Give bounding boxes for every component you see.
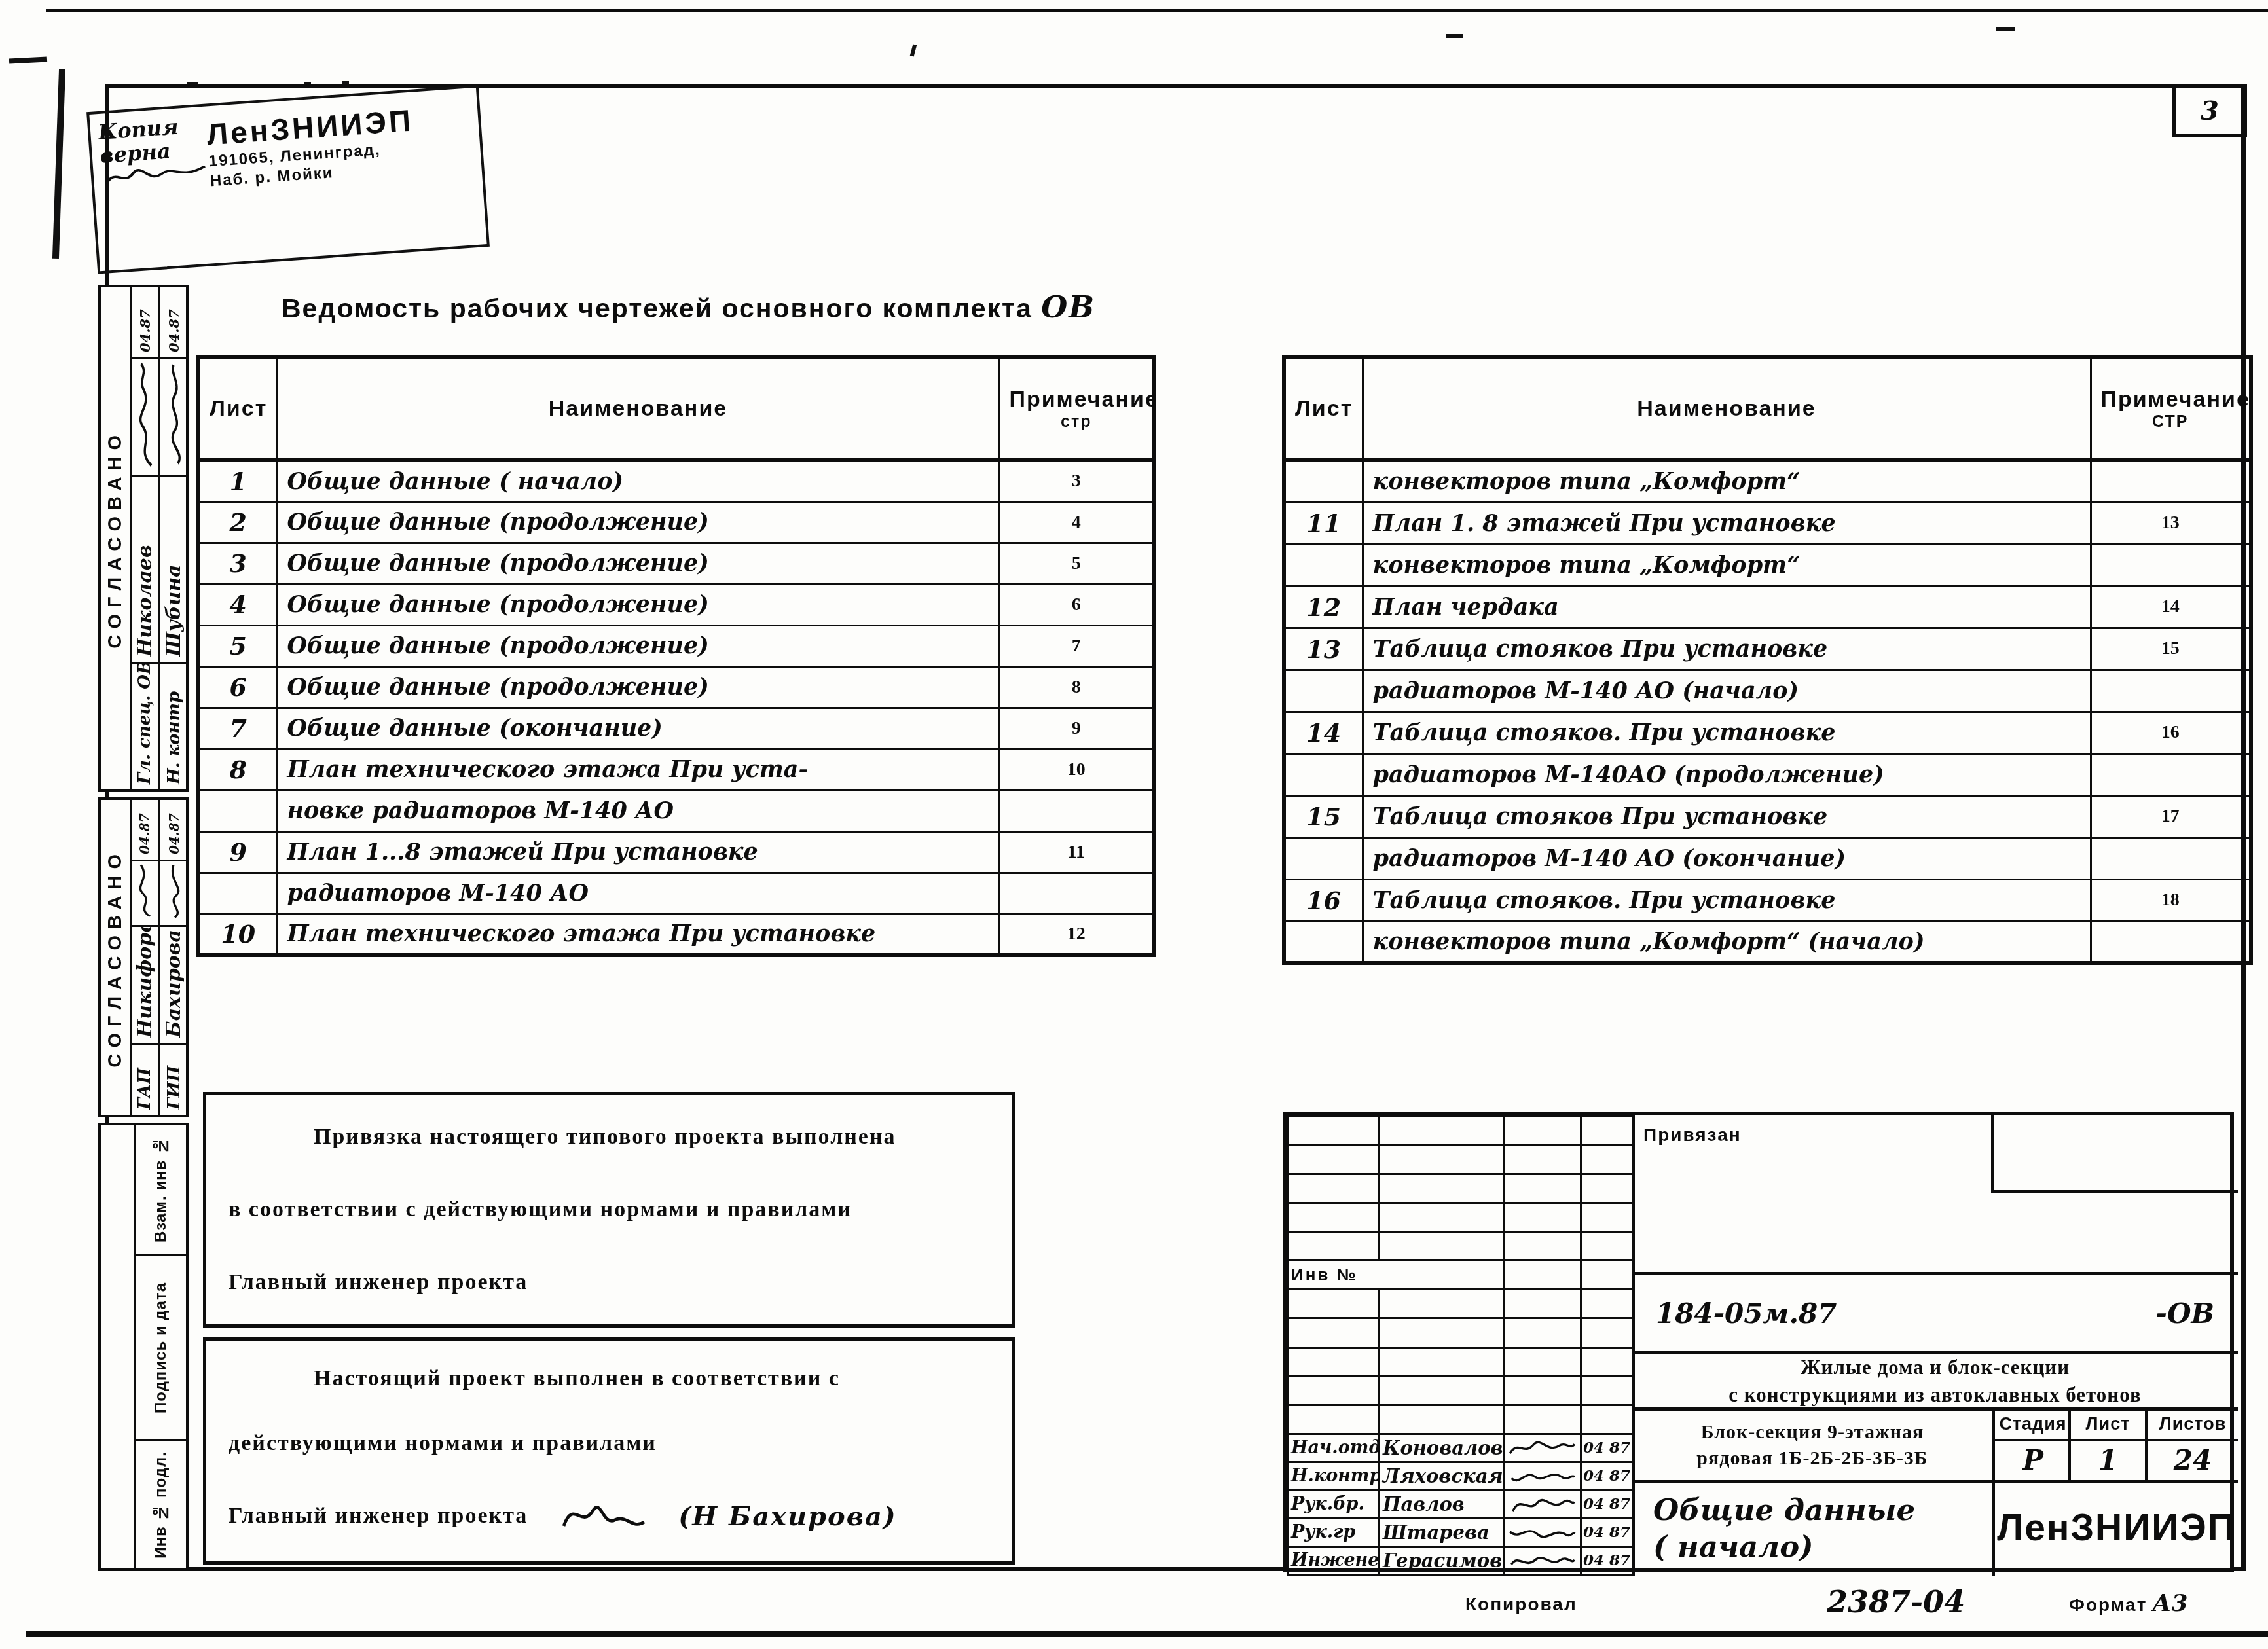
col-header-name: Наименование [1363,357,2091,460]
sheet-title-suffix: ОВ [1041,289,1095,325]
copy-certification-stamp: Копия верна ЛенЗНИИЭП 191065, Ленинград,… [86,84,490,274]
table-row: 4Общие данные (продолжение)6 [198,584,1154,625]
signature-scribble [160,357,188,475]
approval-row: ГИП Бахирова 04.87 [160,800,188,1115]
col-header-name: Наименование [277,357,999,460]
signature-scribble [1504,1462,1581,1490]
scan-noise [52,69,65,259]
approval-row: Гл. спец. ОВ Николаев 04.87 [132,287,160,789]
approval-stamp-1: СОГЛАСОВАНО Гл. спец. ОВ Николаев 04.87 … [98,285,189,792]
table-row: 11План 1. 8 этажей При установке13 [1284,502,2251,544]
table-row: радиаторов М-140 АО (начало) [1284,670,2251,712]
scan-noise [1996,27,2015,31]
table-row: новке радиаторов М-140 АО [198,790,1154,831]
note-text: в соответствии с действующими нормами и … [229,1197,989,1222]
table-row: радиаторов М-140 АО (окончание) [1284,837,2251,879]
footer-doc-code: 2387-04 [1827,1584,1965,1620]
margin-label-inv: Инв № подл. [152,1451,170,1559]
signature-scribble [132,860,158,925]
table-row: 13Таблица стояков При установке15 [1284,628,2251,670]
sheet-title: Ведомость рабочих чертежей основного ком… [282,289,1152,325]
scan-noise [910,45,917,57]
note-signoff: Главный инженер проекта [229,1270,989,1295]
signature-scribble [1504,1546,1581,1574]
col-header-sheet: Лист [1284,357,1363,460]
drawing-sheet: 3 Копия верна ЛенЗНИИЭП 191065, Ленингра… [0,0,2268,1649]
signature-row: Н.контр Ляховская 04 87 [1288,1462,1634,1490]
col-header-sheet: Лист [198,357,277,460]
format-value: А3 [2152,1589,2187,1617]
note-box-project: Настоящий проект выполнен в соответствии… [203,1337,1015,1565]
signature-row: Инженер Герасимова 04 87 [1288,1546,1634,1574]
table-row: 16Таблица стояков. При установке18 [1284,879,2251,921]
stage-label: Стадия [1998,1414,2068,1434]
col-header-note: Примечание стр [999,357,1154,460]
note-text: Настоящий проект выполнен в соответствии… [229,1366,989,1391]
drawing-list-table-right: Лист Наименование Примечание СТР конвект… [1282,355,2253,965]
note-text: Привязка настоящего типового проекта вып… [229,1125,989,1150]
table-row: 9План 1...8 этажей При установке11 [198,831,1154,873]
signature-row: Рук.бр. Павлов 04 87 [1288,1490,1634,1518]
scan-edge-bottom [26,1631,2268,1637]
title-block: Инв № Нач.отд. Коновалов 04 87 Н.контр Л… [1283,1112,2234,1572]
table-row: 1Общие данные ( начало)3 [198,460,1154,501]
approval-row: ГАП Никифоров 04.87 [132,800,160,1115]
margin-label-vzam: Взам. инв № [152,1136,170,1242]
note-text: действующими нормами и правилами [229,1431,989,1456]
drawing-list-table-left: Лист Наименование Примечание стр 1Общие … [196,355,1156,957]
copied-by-label: Копировал [1465,1594,1577,1615]
signature-scribble [1504,1434,1581,1462]
table-row: 5Общие данные (продолжение)7 [198,625,1154,666]
signature-row: Рук.гр Штарева 04 87 [1288,1518,1634,1546]
page-number-box: 3 [2172,84,2247,137]
margin-label-podpis: Подпись и дата [152,1282,170,1413]
table-row: 3Общие данные (продолжение)5 [198,543,1154,584]
margin-label-box: Взам. инв № Подпись и дата Инв № подл. [98,1123,189,1571]
org-name: ЛенЗНИИЭП [1995,1480,2238,1576]
table-row: радиаторов М-140 АО [198,873,1154,914]
table-row: 12План чердака14 [1284,586,2251,628]
note-box-binding: Привязка настоящего типового проекта вып… [203,1092,1015,1328]
note-signoff-row: Главный инженер проекта (Н Бахирова) [229,1496,989,1536]
stamp-org-block: ЛенЗНИИЭП 191065, Ленинград, Наб. р. Мой… [205,88,487,263]
document-suffix: -ОВ [2155,1297,2214,1330]
table-row: 6Общие данные (продолжение)8 [198,666,1154,708]
document-number: 184-05м.87 [1656,1297,1837,1330]
agreed-label: СОГЛАСОВАНО [105,848,126,1068]
note-signoff: Главный инженер проекта [229,1504,528,1529]
scan-edge-top [46,9,2268,12]
stamp-handwriting: Копия верна [89,107,215,272]
title-block-signature-grid: Инв № Нач.отд. Коновалов 04 87 Н.контр Л… [1287,1115,1635,1576]
sheets-value: 24 [2148,1444,2238,1476]
table-row: конвекторов типа „Комфорт“ [1284,460,2251,502]
attached-label: Привязан [1643,1125,1742,1146]
engineer-name: (Н Бахирова) [678,1501,896,1532]
table-row: 7Общие данные (окончание)9 [198,708,1154,749]
signature-scribble [554,1496,652,1536]
signature-scribble [1504,1490,1581,1518]
scan-noise [1446,34,1463,38]
agreed-label: СОГЛАСОВАНО [105,429,126,649]
table-row: 8План технического этажа При уста-10 [198,749,1154,790]
signature-scribble [132,357,158,475]
sheet-value: 1 [2071,1444,2145,1476]
drawing-title: Общие данные ( начало) [1653,1492,1915,1565]
approval-row: Н. контр Шубина 04.87 [160,287,188,789]
table-row: 2Общие данные (продолжение)4 [198,501,1154,543]
signature-scribble [1504,1518,1581,1546]
col-header-note: Примечание СТР [2091,357,2251,460]
table-row: конвекторов типа „Комфорт“ [1284,544,2251,586]
object-title: Блок-секция 9-этажная рядовая 1Б-2Б-2Б-3… [1632,1419,1992,1472]
table-row: 10План технического этажа При установке1… [198,914,1154,955]
table-row: 14Таблица стояков. При установке16 [1284,712,2251,753]
inv-number-label: Инв № [1288,1261,1504,1290]
stage-value: Р [1998,1444,2068,1476]
table-row: радиаторов М-140АО (продолжение) [1284,753,2251,795]
signature-row: Нач.отд. Коновалов 04 87 [1288,1434,1634,1462]
approval-stamp-2: СОГЛАСОВАНО ГАП Никифоров 04.87 ГИП Бахи… [98,797,189,1117]
page-number: 3 [2201,96,2219,126]
table-row: конвекторов типа „Комфорт“ (начало) [1284,921,2251,963]
format-label: Формат А3 [2069,1589,2188,1617]
series-title: Жилые дома и блок-секции с конструкциями… [1632,1354,2238,1409]
sheets-label: Листов [2148,1414,2238,1434]
scan-noise [9,56,47,63]
table-row: 15Таблица стояков При установке17 [1284,795,2251,837]
signature-scribble [160,860,188,925]
sheet-label: Лист [2071,1414,2145,1434]
